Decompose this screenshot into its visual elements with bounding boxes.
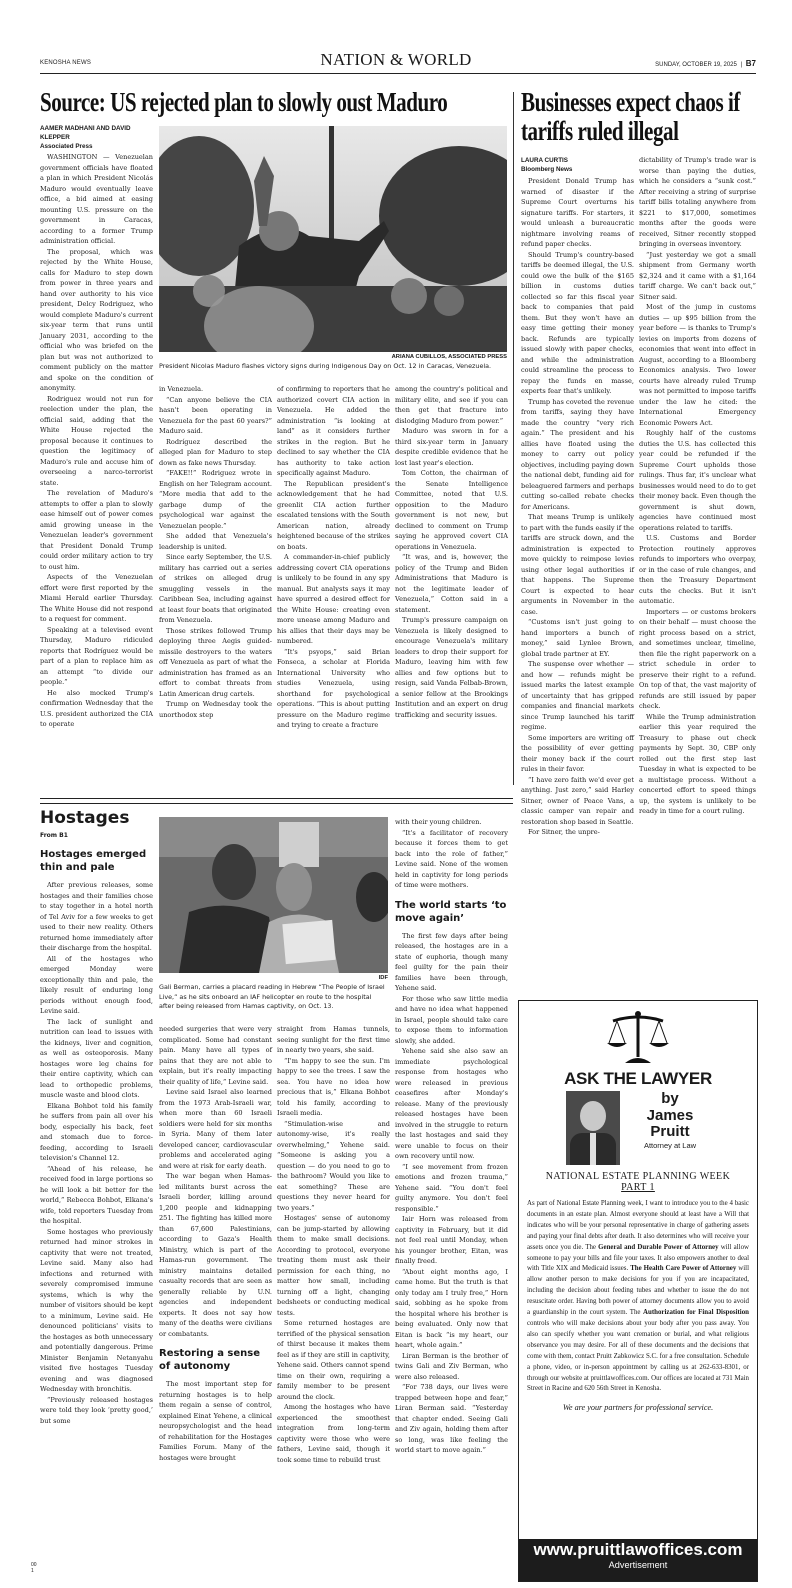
- maduro-column-4: among the country's political and milita…: [395, 384, 508, 720]
- photo-credit: ARIANA CUBILLOS, ASSOCIATED PRESS: [159, 354, 507, 360]
- tariffs-column-2: dictability of Trump's trade war is wors…: [639, 155, 756, 817]
- hostages-column-1: After previous releases, some hostages a…: [40, 880, 153, 1426]
- paragraph: The lack of sunlight and nutrition can l…: [40, 1017, 153, 1101]
- issue-date: SUNDAY, OCTOBER 19, 2025: [655, 62, 737, 68]
- hostage-photo: [159, 817, 388, 973]
- paragraph: “I'm happy to see the sun. I'm happy to …: [277, 1056, 390, 1119]
- paragraph: Should Trump's country-based tariffs be …: [521, 250, 634, 397]
- paragraph: Trump has coveted the revenue from tarif…: [521, 397, 634, 513]
- paragraph: Elkana Bohbot told his family he suffers…: [40, 1101, 153, 1164]
- subhead-thin-and-pale: Hostages emerged thin and pale: [40, 848, 155, 874]
- paragraph: U.S. Customs and Border Protection routi…: [639, 533, 756, 607]
- paragraph: “Previously released hostages were told …: [40, 1395, 153, 1427]
- paragraph: Iair Horn was released from captivity in…: [395, 1214, 508, 1267]
- section-rule: [40, 798, 513, 804]
- ad-footer[interactable]: www.pruittlawoffices.com Advertisement: [519, 1539, 757, 1581]
- maduro-column-1: WASHINGTON — Venezuelan government offic…: [40, 152, 153, 730]
- paragraph: While the Trump administration earlier t…: [639, 712, 756, 817]
- separator: |: [741, 62, 743, 68]
- paragraph: All of the hostages who emerged Monday w…: [40, 954, 153, 1017]
- paragraph: Importers — or customs brokers on their …: [639, 607, 756, 712]
- tariffs-column-1: President Donald Trump has warned of dis…: [521, 176, 634, 838]
- paragraph: The Republican president's acknowledgeme…: [277, 479, 390, 553]
- paragraph: Trump's pressure campaign on Venezuela i…: [395, 615, 508, 720]
- byline-author: LAURA CURTIS: [521, 157, 631, 166]
- paragraph: Speaking at a televised event Thursday, …: [40, 625, 153, 688]
- paragraph: Some hostages who previously returned ha…: [40, 1227, 153, 1395]
- maduro-column-2: in Venezuela. “Can anyone believe the CI…: [159, 384, 272, 720]
- date-and-page: SUNDAY, OCTOBER 19, 2025 | B7: [655, 59, 756, 68]
- paragraph: The war began when Hamas-led militants b…: [159, 1171, 272, 1339]
- ad-title: ASK THE LAWYER: [519, 1069, 757, 1089]
- paragraph: “It's a facilitator of recovery because …: [395, 828, 508, 891]
- paragraph: The proposal, which was rejected by the …: [40, 247, 153, 394]
- paragraph: Yehene said she also saw an immediate ps…: [395, 1046, 508, 1162]
- author-first-name: James: [630, 1108, 710, 1125]
- paragraph: “I have zero faith we'd ever get anythin…: [521, 775, 634, 828]
- paragraph: A commander-in-chief publicly addressing…: [277, 552, 390, 647]
- paragraph: “Just yesterday we got a small shipment …: [639, 250, 756, 303]
- ad-document-name: General and Durable Power of Attorney: [598, 1244, 718, 1251]
- paragraph: with their young children.: [395, 817, 508, 828]
- ad-label: Advertisement: [519, 1560, 757, 1570]
- author-name: by James Pruitt Attorney at Law: [630, 1091, 710, 1167]
- ad-part: PART 1: [519, 1182, 757, 1193]
- ad-tagline: We are your partners for professional se…: [519, 1403, 757, 1412]
- hostages-column-3: straight from Hamas tunnels, seeing sunl…: [277, 1024, 390, 1465]
- maduro-photo: [159, 126, 507, 352]
- paragraph: WASHINGTON — Venezuelan government offic…: [40, 152, 153, 247]
- author-title: Attorney at Law: [630, 1141, 710, 1150]
- paragraph: That means Trump is unlikely to part wit…: [521, 512, 634, 617]
- paragraph: Aspects of the Venezuelan effort were fi…: [40, 572, 153, 625]
- paragraph: The suspense over whether — and how — re…: [521, 659, 634, 733]
- paragraph: Hostages' sense of autonomy can be jump-…: [277, 1213, 390, 1318]
- paragraph: “It was, and is, however, the policy of …: [395, 552, 508, 615]
- paragraph: “Can anyone believe the CIA hasn't been …: [159, 395, 272, 437]
- paragraph: “Customs isn't just going to hand import…: [521, 617, 634, 659]
- paragraph: “About eight months ago, I came home. Bu…: [395, 1267, 508, 1351]
- paragraph: Trump on Wednesday took the unorthodox s…: [159, 699, 272, 720]
- author-block: by James Pruitt Attorney at Law: [519, 1091, 757, 1167]
- paragraph: Liran Berman is the brother of twins Gal…: [395, 1351, 508, 1383]
- tariffs-headline: Businesses expect chaos if tariffs ruled…: [521, 88, 755, 146]
- subhead-autonomy: Restoring a sense of autonomy: [159, 1347, 272, 1373]
- ad-document-name: Authorization for Final Disposition: [643, 1309, 749, 1316]
- paragraph: dictability of Trump's trade war is wors…: [639, 155, 756, 250]
- paragraph: Among the hostages who have experienced …: [277, 1402, 390, 1465]
- paragraph: The most important step for returning ho…: [159, 1379, 272, 1463]
- hostages-title: Hostages: [40, 808, 129, 828]
- scales-of-justice-icon: [519, 1009, 757, 1069]
- paragraph: in Venezuela.: [159, 384, 272, 395]
- paragraph: of confirming to reporters that he autho…: [277, 384, 390, 479]
- maduro-headline: Source: US rejected plan to slowly oust …: [40, 88, 447, 117]
- paragraph: Levine said Israel also learned from the…: [159, 1087, 272, 1171]
- photo-caption: Gali Berman, carries a placard reading i…: [159, 983, 388, 1012]
- paragraph: needed surgeries that were very complica…: [159, 1024, 272, 1087]
- paragraph: Maduro was sworn in for a third six-year…: [395, 426, 508, 468]
- paragraph: Some importers are writing off the possi…: [521, 733, 634, 775]
- hostages-column-4: with their young children. “It's a facil…: [395, 817, 508, 1456]
- page-number: B7: [746, 59, 756, 68]
- photo-caption: President Nicolas Maduro flashes victory…: [159, 362, 507, 372]
- byline-authors: AAMER MADHANI AND DAVID KLEPPER: [40, 125, 150, 143]
- masthead-rule: [40, 73, 756, 74]
- paragraph: “I see movement from frozen emotions and…: [395, 1162, 508, 1215]
- paragraph: Roughly half of the customs duties the U…: [639, 428, 756, 533]
- paragraph: “FAKE!!” Rodriguez wrote in English on h…: [159, 468, 272, 531]
- ad-by: by: [630, 1091, 710, 1108]
- paragraph: straight from Hamas tunnels, seeing sunl…: [277, 1024, 390, 1056]
- subhead-world-starts: The world starts ‘to move again’: [395, 899, 508, 925]
- paragraph: Some returned hostages are terrified of …: [277, 1318, 390, 1402]
- ad-subtitle: NATIONAL ESTATE PLANNING WEEK: [519, 1171, 757, 1182]
- paragraph: Rodríguez described the alleged plan for…: [159, 437, 272, 469]
- paragraph: among the country's political and milita…: [395, 384, 508, 426]
- lawyer-advertisement[interactable]: ASK THE LAWYER by James Pruitt Attorney …: [518, 1000, 758, 1582]
- jump-line: From B1: [40, 832, 68, 839]
- paragraph: The first few days after being released,…: [395, 931, 508, 994]
- tariffs-byline: LAURA CURTIS Bloomberg News: [521, 157, 631, 175]
- byline-agency: Bloomberg News: [521, 166, 572, 173]
- ad-document-name: The Health Care Power of Attorney: [630, 1265, 736, 1272]
- paragraph: He also mocked Trump's confirmation Wedn…: [40, 688, 153, 730]
- ad-website-link[interactable]: www.pruittlawoffices.com: [519, 1541, 757, 1560]
- column-divider: [513, 92, 514, 785]
- paragraph: She added that Venezuela's leadership is…: [159, 531, 272, 552]
- author-portrait: [566, 1091, 620, 1165]
- paragraph: “It's psyops,” said Brian Fonseca, a sch…: [277, 647, 390, 731]
- paragraph: Tom Cotton, the chairman of the Senate I…: [395, 468, 508, 552]
- maduro-column-3: of confirming to reporters that he autho…: [277, 384, 390, 731]
- author-last-name: Pruitt: [630, 1124, 710, 1141]
- paragraph: “Ahead of his release, he received food …: [40, 1164, 153, 1227]
- paragraph: President Donald Trump has warned of dis…: [521, 176, 634, 250]
- paragraph: “For 738 days, our lives were trapped be…: [395, 1382, 508, 1456]
- paragraph: For those who saw little media and have …: [395, 994, 508, 1047]
- print-mark: 00 1: [31, 1562, 37, 1574]
- paragraph: Since early September, the U.S. military…: [159, 552, 272, 626]
- ad-text: controls who will make decisions about y…: [527, 1320, 749, 1392]
- paragraph: Most of the jump in customs duties — up …: [639, 302, 756, 428]
- hostages-column-2: needed surgeries that were very complica…: [159, 1024, 272, 1463]
- maduro-byline: AAMER MADHANI AND DAVID KLEPPER Associat…: [40, 125, 150, 151]
- ad-body-text: As part of National Estate Planning week…: [527, 1199, 749, 1395]
- paragraph: “Stimulation-wise and autonomy-wise, it'…: [277, 1119, 390, 1214]
- paragraph: The revelation of Maduro's attempts to o…: [40, 488, 153, 572]
- byline-agency: Associated Press: [40, 143, 93, 150]
- paragraph: Those strikes followed Trump deploying t…: [159, 626, 272, 700]
- paragraph: For Sitner, the unpre-: [521, 827, 634, 838]
- photo-credit: IDF: [159, 975, 388, 981]
- paragraph: After previous releases, some hostages a…: [40, 880, 153, 954]
- paragraph: Rodriguez would not run for reelection u…: [40, 394, 153, 489]
